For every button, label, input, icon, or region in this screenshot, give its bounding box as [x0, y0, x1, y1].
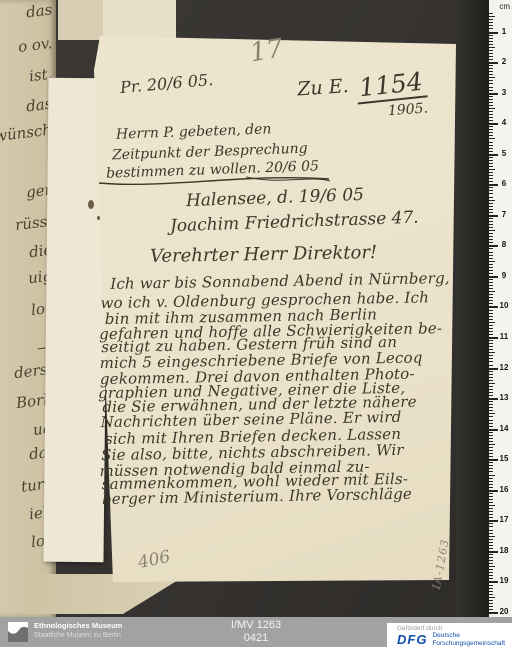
ruler-tick	[489, 386, 493, 387]
ruler-tick	[489, 193, 493, 194]
ruler-tick	[489, 169, 495, 170]
ruler-tick	[489, 334, 493, 335]
ruler-tick	[489, 80, 493, 81]
ruler-tick	[489, 346, 493, 347]
ruler-number: 16	[498, 485, 510, 494]
ruler-number: 1	[498, 27, 510, 36]
ruler-tick	[489, 325, 493, 326]
ruler-tick	[489, 368, 498, 370]
previous-page-fragment: wünsch	[0, 121, 53, 146]
ruler-tick	[489, 594, 493, 595]
ruler-tick	[489, 585, 493, 586]
image-number: 0421	[206, 632, 306, 645]
ruler-tick	[489, 355, 493, 356]
scan-edge-shadow	[456, 0, 489, 617]
ruler-tick	[489, 588, 493, 589]
letter-body: Ich war bis Sonnabend Abend in Nürnberg,…	[96, 261, 462, 507]
ruler-tick	[489, 429, 498, 431]
ruler-tick	[489, 523, 493, 524]
ruler-tick	[489, 572, 493, 573]
ruler-number: 12	[498, 363, 510, 372]
ruler-tick	[489, 181, 493, 182]
ruler-tick	[489, 413, 495, 414]
ruler-tick	[489, 123, 498, 125]
ruler-tick	[489, 566, 495, 567]
ruler-tick	[489, 499, 493, 500]
ruler-tick	[489, 255, 493, 256]
ruler-tick	[489, 591, 493, 592]
ruler-tick	[489, 548, 493, 549]
ruler-tick	[489, 16, 495, 17]
ruler-tick	[489, 62, 498, 64]
ruler-tick	[489, 53, 493, 54]
museum-logo-icon	[8, 622, 28, 642]
ruler-tick	[489, 557, 493, 558]
ruler-tick	[489, 435, 493, 436]
ruler-tick	[489, 261, 495, 262]
dfg-org-line: Forschungsgemeinschaft	[432, 640, 505, 647]
ruler-tick	[489, 407, 493, 408]
ruler-tick	[489, 90, 493, 91]
ruler-tick	[489, 389, 493, 390]
ruler-tick	[489, 270, 493, 271]
ruler-number: 15	[498, 454, 510, 463]
ruler-tick	[489, 248, 493, 249]
ruler-tick	[489, 310, 493, 311]
ruler-tick	[489, 453, 493, 454]
ruler-tick	[489, 365, 493, 366]
footer-bar: Ethnologisches Museum Staatliche Museen …	[0, 617, 512, 647]
scan-viewport: daso ov.ist.daswünschgerrüssidieuiglor—d…	[0, 0, 512, 647]
ruler-number: 10	[498, 301, 510, 310]
ruler-tick	[489, 68, 493, 69]
ruler-number: 4	[498, 118, 510, 127]
ruler-tick	[489, 273, 493, 274]
ruler-tick	[489, 175, 493, 176]
ruler-number: 17	[498, 515, 510, 524]
ruler-tick	[489, 47, 495, 48]
ruler-tick	[489, 374, 493, 375]
ruler-tick	[489, 145, 493, 146]
ruler-number: 6	[498, 179, 510, 188]
ruler-tick	[489, 32, 498, 34]
ruler-tick	[489, 99, 493, 100]
ruler-tick	[489, 236, 493, 237]
ruler-tick	[489, 187, 493, 188]
ruler-tick	[489, 441, 493, 442]
ruler-tick	[489, 19, 493, 20]
ruler-tick	[489, 517, 493, 518]
ruler-tick	[489, 569, 493, 570]
ruler-tick	[489, 578, 493, 579]
ruler-tick	[489, 337, 498, 339]
shelfmark-block: I/MV 1263 0421	[206, 619, 306, 645]
ruler-tick	[489, 533, 493, 534]
dfg-org-line: Deutsche	[432, 632, 505, 639]
ruler-tick	[489, 126, 493, 127]
ruler-tick	[489, 383, 495, 384]
institution-name: Ethnologisches Museum	[34, 621, 122, 631]
ruler-number: 14	[498, 424, 510, 433]
ruler-tick	[489, 340, 493, 341]
ruler-tick	[489, 331, 493, 332]
ruler-tick	[489, 148, 493, 149]
ruler-tick	[489, 404, 493, 405]
ruler-tick	[489, 401, 493, 402]
ruler-number: 5	[498, 149, 510, 158]
ruler-tick	[489, 163, 493, 164]
ruler-tick	[489, 432, 493, 433]
ruler-tick	[489, 74, 493, 75]
ruler-tick	[489, 35, 493, 36]
ruler-tick	[489, 496, 493, 497]
ruler-tick	[489, 221, 493, 222]
file-reference-prefix: Zu E.	[297, 75, 350, 101]
ruler-tick	[489, 285, 493, 286]
ruler-tick	[489, 258, 493, 259]
ruler-tick	[489, 267, 493, 268]
ruler-tick	[489, 291, 495, 292]
ruler-tick	[489, 197, 493, 198]
ruler-tick	[489, 484, 493, 485]
ruler-tick	[489, 96, 493, 97]
ruler-tick	[489, 361, 493, 362]
ruler-tick	[489, 135, 493, 136]
dfg-logo: DFG Deutsche Forschungsgemeinschaft	[397, 632, 505, 647]
ruler-tick	[489, 545, 493, 546]
ruler-tick	[489, 303, 493, 304]
ruler-tick	[489, 41, 493, 42]
ruler-tick	[489, 294, 493, 295]
ruler-tick	[489, 520, 498, 522]
ruler-tick	[489, 184, 498, 186]
ruler-tick	[489, 575, 493, 576]
ruler-tick	[489, 462, 493, 463]
museum-logo	[8, 622, 28, 642]
ruler-tick	[489, 157, 493, 158]
ruler-tick	[489, 609, 493, 610]
ruler-tick	[489, 536, 495, 537]
paper-blemish	[88, 200, 94, 209]
ruler-tick	[489, 426, 493, 427]
ruler-tick	[489, 459, 498, 461]
ruler-number: 20	[498, 607, 510, 616]
ruler-tick	[489, 450, 493, 451]
ruler-tick	[489, 13, 493, 14]
ruler-tick	[489, 380, 493, 381]
funding-box: Gefördert durch DFG Deutsche Forschungsg…	[387, 623, 512, 647]
page-number-pencil: 17	[248, 34, 285, 69]
ruler-number: 7	[498, 210, 510, 219]
ruler-tick	[489, 120, 493, 121]
ruler-tick	[489, 508, 493, 509]
ruler-tick	[489, 319, 493, 320]
ruler-tick	[489, 212, 493, 213]
ruler-tick	[489, 230, 495, 231]
ruler-tick	[489, 554, 493, 555]
ruler-tick	[489, 551, 498, 553]
ruler-tick	[489, 597, 495, 598]
ruler-tick	[489, 410, 493, 411]
ruler-tick	[489, 142, 493, 143]
ruler-tick	[489, 172, 493, 173]
ruler-tick	[489, 358, 493, 359]
ruler-tick	[489, 138, 495, 139]
ruler-tick	[489, 505, 495, 506]
ruler-tick	[489, 25, 493, 26]
ruler-tick	[489, 227, 493, 228]
ruler-tick	[489, 233, 493, 234]
ruler-tick	[489, 438, 493, 439]
ruler-tick	[489, 371, 493, 372]
ruler-tick	[489, 398, 498, 400]
ruler-tick	[489, 276, 498, 278]
ruler-tick	[489, 38, 493, 39]
ruler-tick	[489, 487, 493, 488]
ruler-tick	[489, 343, 493, 344]
ruler-tick	[489, 200, 495, 201]
ruler-tick	[489, 377, 493, 378]
ruler-tick	[489, 22, 493, 23]
ruler-tick	[489, 77, 495, 78]
ruler-tick	[489, 215, 498, 217]
institution-block: Ethnologisches Museum Staatliche Museen …	[34, 621, 122, 640]
file-reference: Zu E. 1154 1905.	[297, 70, 429, 126]
ruler-tick	[489, 322, 495, 323]
ruler-tick	[489, 160, 493, 161]
ruler-tick	[489, 456, 493, 457]
ruler-tick	[489, 206, 493, 207]
paper-corner-top	[58, 0, 176, 40]
ruler-tick	[489, 178, 493, 179]
ruler-tick	[489, 252, 493, 253]
ruler-tick	[489, 132, 493, 133]
ruler-tick	[489, 465, 493, 466]
ruler-tick	[489, 447, 493, 448]
ruler-tick	[489, 444, 495, 445]
ruler-tick	[489, 111, 493, 112]
ruler-tick	[489, 539, 493, 540]
ruler-tick	[489, 600, 493, 601]
ruler-tick	[489, 288, 493, 289]
previous-page-fragment: o ov.	[17, 34, 53, 56]
ruler-tick	[489, 218, 493, 219]
ruler-tick	[489, 114, 493, 115]
ruler-tick	[489, 416, 493, 417]
ruler-tick	[489, 468, 493, 469]
ruler-tick	[489, 471, 493, 472]
ruler: cm 1234567891011121314151617181920	[489, 0, 512, 617]
file-reference-fraction: 1154 1905.	[356, 70, 429, 122]
ruler-tick	[489, 493, 493, 494]
ruler-tick	[489, 56, 493, 57]
ruler-tick	[489, 316, 493, 317]
ruler-number: 8	[498, 240, 510, 249]
ruler-tick	[489, 282, 493, 283]
ruler-tick	[489, 526, 493, 527]
ruler-number: 13	[498, 393, 510, 402]
ruler-tick	[489, 514, 493, 515]
ruler-tick	[489, 50, 493, 51]
ruler-tick	[489, 563, 493, 564]
ruler-tick	[489, 105, 493, 106]
ruler-tick	[489, 349, 493, 350]
ruler-tick	[489, 102, 493, 103]
dfg-org-name: Deutsche Forschungsgemeinschaft	[432, 632, 505, 647]
dfg-logo-mark: DFG	[397, 632, 427, 647]
ruler-tick	[489, 203, 493, 204]
ruler-tick	[489, 151, 493, 152]
ruler-tick	[489, 190, 493, 191]
ruler-tick	[489, 93, 498, 95]
ruler-tick	[489, 328, 493, 329]
ruler-tick	[489, 313, 493, 314]
ruler-tick	[489, 530, 493, 531]
ruler-tick	[489, 511, 493, 512]
ruler-number: 2	[498, 57, 510, 66]
ruler-tick	[489, 478, 493, 479]
ruler-tick	[489, 28, 493, 29]
ruler-tick	[489, 606, 493, 607]
ruler-tick	[489, 117, 493, 118]
ruler-tick	[489, 264, 493, 265]
ruler-tick	[489, 108, 495, 109]
ruler-tick	[489, 87, 493, 88]
ruler-tick	[489, 612, 498, 614]
ruler-tick	[489, 59, 493, 60]
ruler-tick	[489, 209, 493, 210]
ruler-tick	[489, 490, 498, 492]
ruler-tick	[489, 279, 493, 280]
ruler-tick	[489, 300, 493, 301]
ruler-tick	[489, 242, 493, 243]
ruler-tick	[489, 245, 498, 247]
ruler-tick	[489, 423, 493, 424]
ruler-unit-label: cm	[499, 2, 510, 11]
ruler-tick	[489, 542, 493, 543]
ruler-tick	[489, 395, 493, 396]
ruler-tick	[489, 603, 493, 604]
ruler-tick	[489, 581, 498, 583]
ruler-tick	[489, 44, 493, 45]
institution-subtitle: Staatliche Museen zu Berlin	[34, 631, 122, 640]
ruler-tick	[489, 502, 493, 503]
ruler-tick	[489, 560, 493, 561]
ruler-tick	[489, 306, 498, 308]
shelfmark: I/MV 1263	[206, 619, 306, 632]
ruler-tick	[489, 71, 493, 72]
ruler-tick	[489, 420, 493, 421]
ruler-tick	[489, 65, 493, 66]
ruler-tick	[489, 352, 495, 353]
ruler-tick	[489, 83, 493, 84]
ruler-tick	[489, 481, 493, 482]
previous-page-fragment: das	[25, 0, 53, 21]
ruler-number: 11	[498, 332, 510, 341]
underline-flourish	[96, 172, 334, 188]
ruler-number: 9	[498, 271, 510, 280]
ruler-tick	[489, 239, 493, 240]
ruler-tick	[489, 392, 493, 393]
ruler-tick	[489, 166, 493, 167]
ruler-tick	[489, 154, 498, 156]
paper-blemish	[97, 216, 100, 220]
ruler-number: 3	[498, 88, 510, 97]
ruler-tick	[489, 297, 493, 298]
funding-label: Gefördert durch	[397, 625, 443, 632]
ruler-tick	[489, 224, 493, 225]
ruler-number: 19	[498, 576, 510, 585]
ruler-number: 18	[498, 546, 510, 555]
ruler-tick	[489, 129, 493, 130]
ruler-tick	[489, 475, 495, 476]
